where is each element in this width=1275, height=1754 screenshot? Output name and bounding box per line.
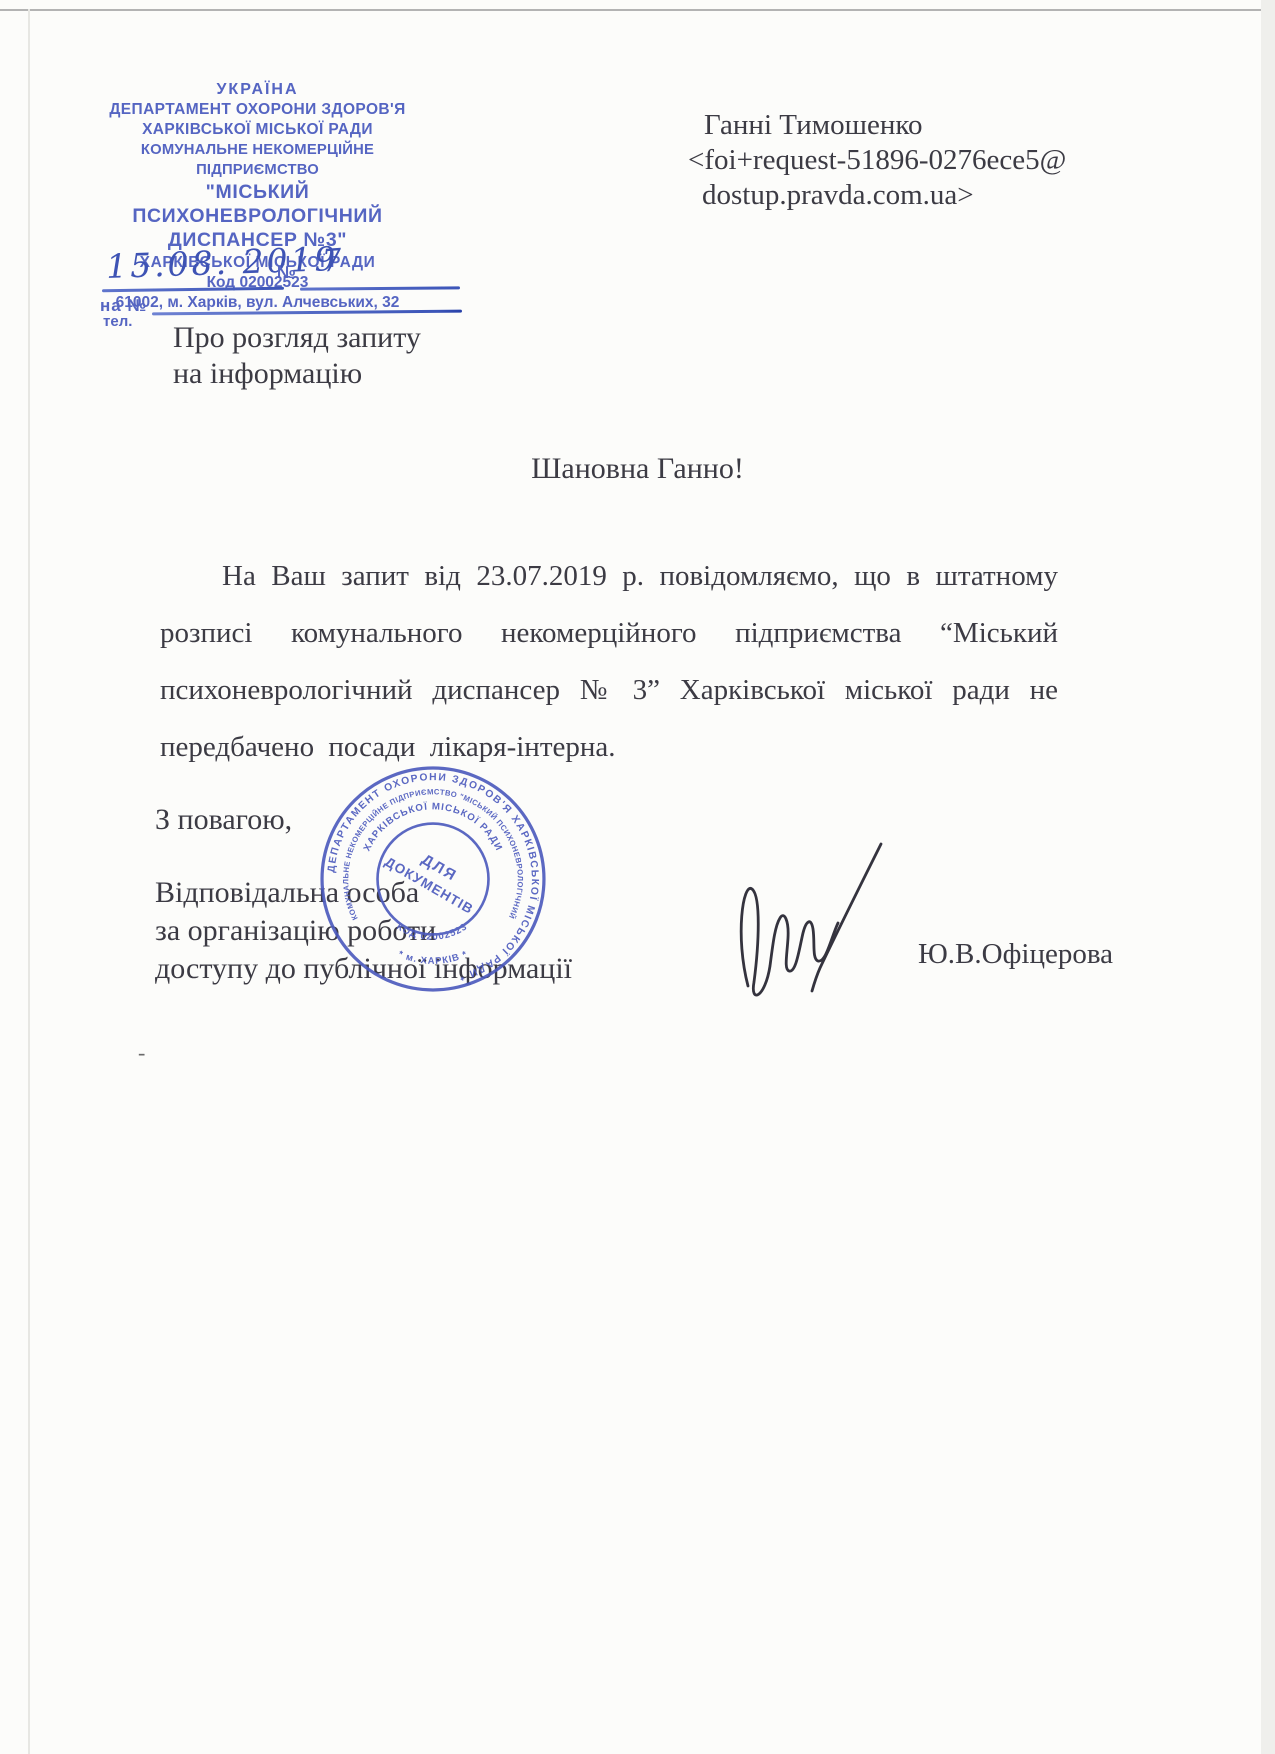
letterhead-country: УКРАЇНА [85, 80, 430, 100]
scan-edge-right [1261, 0, 1275, 1754]
stamp-code-text: КОД 02002523 [394, 921, 469, 943]
recipient-name: Ганні Тимошенко [704, 108, 1066, 143]
handwritten-number: 7 [321, 242, 343, 279]
scan-edge-left [28, 9, 30, 1754]
svg-text:* м. ХАРКІВ *: * м. ХАРКІВ * [397, 949, 470, 967]
stamp-city-text: * м. ХАРКІВ * [397, 949, 470, 967]
closing-regards: З повагою, [155, 803, 292, 837]
handwritten-date: 15.08. 2019 [105, 239, 339, 286]
body-paragraph: На Ваш запит від 23.07.2019 р. повідомля… [160, 548, 1058, 776]
letterhead: УКРАЇНА ДЕПАРТАМЕНТ ОХОРОНИ ЗДОРОВ'Я ХАР… [85, 80, 430, 331]
scan-dash-artifact: - [138, 1040, 145, 1066]
svg-text:КОД 02002523: КОД 02002523 [394, 921, 469, 943]
signature-stroke-slash [812, 844, 881, 991]
scan-edge-top [0, 9, 1275, 11]
recipient-email-line1: <foi+request-51896-0276ece5@ [688, 143, 1066, 178]
scanned-letter-page: УКРАЇНА ДЕПАРТАМЕНТ ОХОРОНИ ЗДОРОВ'Я ХАР… [0, 0, 1275, 1754]
letterhead-department-line2: ХАРКІВСЬКОЇ МІСЬКОЇ РАДИ [85, 120, 430, 140]
letterhead-org-type: КОМУНАЛЬНЕ НЕКОМЕРЦІЙНЕ ПІДПРИЄМСТВО [85, 140, 430, 180]
subject-line2: на інформацію [173, 356, 421, 392]
reference-number-label: на № [100, 296, 147, 316]
salutation: Шановна Ганно! [0, 452, 1275, 486]
number-label: № [277, 263, 296, 283]
subject-line1: Про розгляд запиту [173, 320, 421, 356]
subject-block: Про розгляд запиту на інформацію [173, 320, 421, 392]
round-stamp: ДЕПАРТАМЕНТ ОХОРОНИ ЗДОРОВ'Я ХАРКІВСЬКОЇ… [318, 764, 548, 994]
letterhead-org-name-line1: "МІСЬКИЙ ПСИХОНЕВРОЛОГІЧНИЙ [85, 180, 430, 228]
handwritten-signature [718, 838, 898, 1008]
recipient-block: Ганні Тимошенко <foi+request-51896-0276e… [688, 108, 1066, 213]
signer-name: Ю.В.Офіцерова [918, 938, 1113, 971]
signature-stroke-loops [741, 888, 838, 995]
letterhead-department-line1: ДЕПАРТАМЕНТ ОХОРОНИ ЗДОРОВ'Я [85, 100, 430, 120]
recipient-email-line2: dostup.pravda.com.ua> [702, 178, 1066, 213]
